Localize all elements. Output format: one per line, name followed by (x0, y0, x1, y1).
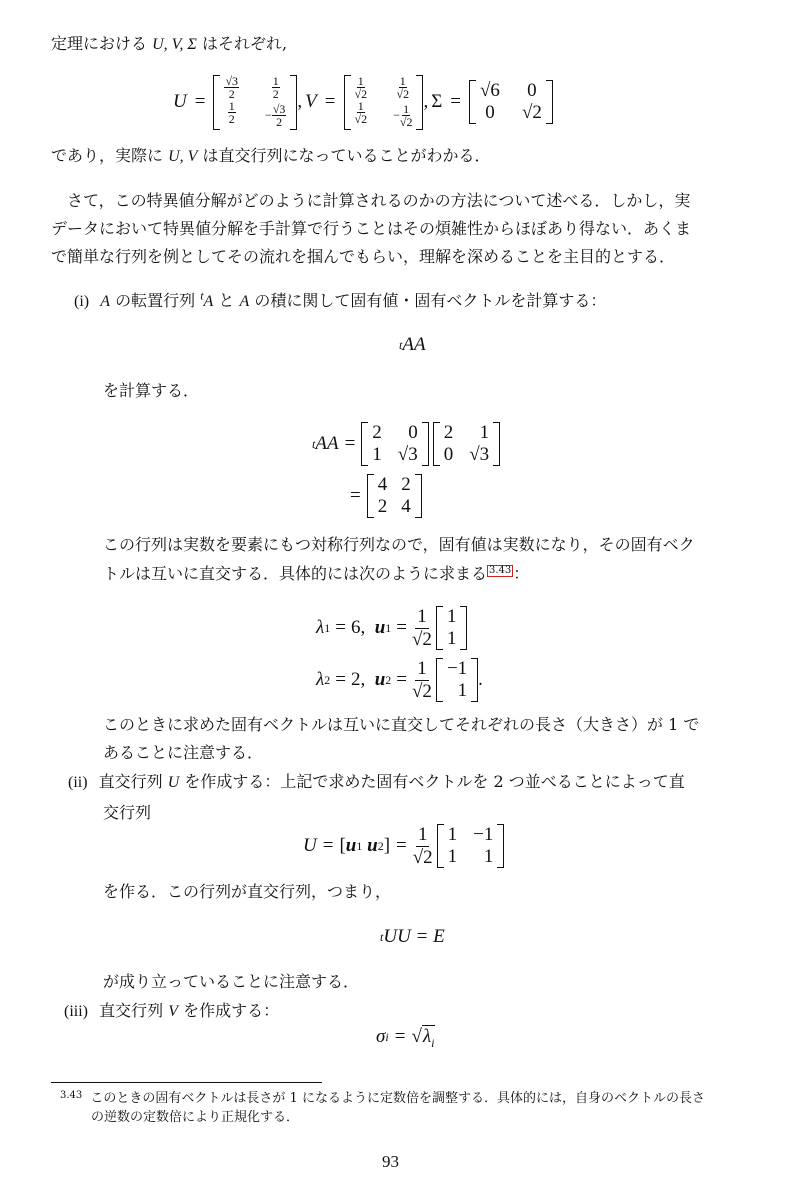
footnote-rule (51, 1082, 322, 1083)
text: を計算する． (103, 383, 199, 399)
cell: −1 (473, 824, 493, 846)
intro-text: 定理における (51, 34, 147, 53)
equals: = (325, 91, 336, 113)
den: √2 (412, 681, 432, 703)
vector: −1 1 (436, 658, 478, 702)
eigen-row-1: λ1 =6, u1 = 1√2 1 1 (316, 604, 467, 652)
cell: 4 (401, 496, 411, 518)
cell: 0 (444, 444, 454, 466)
lhs: AA (315, 433, 338, 455)
product-result: = 4 2 2 4 (350, 472, 422, 520)
cell: 2 (378, 496, 388, 518)
matrix-m1: 2 0 1 √3 (361, 422, 428, 466)
sigma: σ (376, 1026, 385, 1048)
paragraph-line: さて，この特異値分解がどのように計算されるのかの方法について述べる．しかし，実 (67, 193, 690, 209)
text: 交行列 (103, 805, 151, 821)
text: ： (513, 564, 529, 583)
text: と (218, 291, 234, 310)
lambda: λ (316, 669, 324, 691)
matrix-result: 4 2 2 4 (367, 474, 422, 518)
cell: 0 (522, 80, 542, 102)
cell: √6 (480, 80, 500, 102)
cell: 1 (448, 846, 458, 868)
equals: = (450, 91, 461, 113)
text: 直交行列 (99, 1001, 163, 1020)
text: 直交行列 (99, 772, 163, 791)
intro-line: 定理における U, V, Σ はそれぞれ, (51, 36, 287, 53)
expr: AA (402, 334, 425, 356)
u-vec: u (375, 617, 386, 639)
cell: 1 (372, 444, 382, 466)
var: A (204, 293, 214, 310)
u-construction-eq: U=[u1 u2] = 1√2 1 −1 1 1 (303, 822, 504, 870)
u-vec: u (375, 669, 386, 691)
var: A (240, 293, 250, 310)
text: この行列は実数を要素にもつ対称行列なので，固有値は実数になり，その固有ベク (103, 537, 695, 553)
step-iii-heading: (iii) 直交行列 V を作成する： (64, 1003, 279, 1020)
cell: 2 (372, 422, 382, 444)
den: √2 (412, 629, 432, 651)
text: が成り立っていることに注意する． (103, 974, 359, 990)
step-marker: (i) (74, 293, 89, 310)
cell: 2 (401, 474, 411, 496)
text: を作成する： (183, 1001, 279, 1020)
cell: 2 (444, 422, 454, 444)
text: であり，実際に (51, 146, 163, 165)
intro-vars: U, V, Σ (152, 36, 197, 53)
lambda: λ (316, 617, 324, 639)
cell: √2 (522, 102, 542, 124)
cell: −1 (447, 658, 467, 680)
var: U (168, 774, 180, 791)
cell: 1 (447, 628, 457, 650)
equals: = (195, 91, 206, 113)
lambda: λ (423, 1026, 431, 1047)
vars: U, V (168, 148, 197, 165)
text: の積に関して固有値・固有ベクトルを計算する： (254, 291, 606, 310)
step-marker: (iii) (64, 1003, 88, 1020)
sqrt: √λi (411, 1026, 435, 1048)
period: . (478, 669, 483, 691)
vector: 1 1 (436, 606, 468, 650)
matrix-m2: 2 1 0 √3 (433, 422, 500, 466)
v-label: V (305, 91, 317, 113)
text: を作る．この行列が直交行列，つまり， (103, 884, 391, 900)
sigma-display: σi = √λi (376, 1026, 435, 1048)
product-eq: tAA = 2 0 1 √3 2 1 0 √3 (312, 420, 500, 468)
eigen-row-2: λ2 =2, u2 = 1√2 −1 1 . (316, 656, 483, 704)
text: は直交行列になっていることがわかる． (203, 146, 491, 165)
footnote-mark: 3.43 (60, 1090, 82, 1101)
text: トルは互いに直交する．具体的には次のように求まる (103, 564, 487, 583)
value: 2 (351, 669, 361, 691)
num: 1 (416, 824, 430, 847)
cell: 1 (473, 846, 493, 868)
text: あることに注意する． (103, 745, 263, 761)
idx: i (431, 1036, 434, 1050)
step-i-heading: (i) A の転置行列 tA と A の積に関して固有値・固有ベクトルを計算する… (74, 293, 606, 310)
paragraph-line: で簡単な行列を例としてその流れを掴んでもらい，理解を深めることを主目的とする． (51, 249, 675, 265)
text-with-fnref: トルは互いに直交する．具体的には次のように求まる3.43： (103, 565, 529, 582)
step-marker: (ii) (68, 774, 88, 791)
intro-conclusion: であり，実際に U, V は直交行列になっていることがわかる． (51, 148, 491, 165)
equals: = (395, 1026, 406, 1048)
text: の転置行列 (115, 291, 195, 310)
comma: , (297, 91, 302, 113)
num: 1 (415, 658, 429, 681)
cell: 1 (447, 606, 457, 628)
var: A (100, 293, 110, 310)
u-matrix: √32 12 12 −√32 (213, 75, 297, 130)
cell: 1 (469, 422, 489, 444)
footnote-ref-link[interactable]: 3.43 (487, 565, 513, 577)
value: 6 (351, 617, 361, 639)
display-tUU: tUU = E (380, 926, 445, 948)
sigma-label: Σ (431, 91, 442, 113)
display-tAA: tAA (399, 334, 426, 356)
num: 1 (415, 606, 429, 629)
text: このときの固有ベクトルは長さが 1 になるように定数倍を調整する．具体的には，自… (90, 1091, 705, 1106)
footnote-line-2: の逆数の定数倍により正規化する． (91, 1108, 299, 1128)
cell: √3 (398, 444, 418, 466)
paragraph-line: データにおいて特異値分解を手計算で行うことはその煩雑性からほぼあり得ない．あくま (51, 221, 691, 237)
sigma-matrix: √6 0 0 √2 (469, 80, 553, 124)
comma: , (423, 91, 428, 113)
cell: 1 (447, 680, 467, 702)
u-label: U (173, 91, 187, 113)
den: √2 (413, 847, 433, 869)
var: V (168, 1003, 178, 1020)
cell: 0 (480, 102, 500, 124)
cell: √3 (469, 444, 489, 466)
cell: 0 (398, 422, 418, 444)
v-matrix: 1√2 1√2 1√2 −1√2 (344, 75, 424, 130)
expr: UU = E (383, 926, 444, 948)
cell: 4 (378, 474, 388, 496)
usv-matrices: U = √32 12 12 −√32 , V = 1√2 1√2 1√2 −1√… (173, 70, 553, 134)
u-matrix-ii: 1 −1 1 1 (437, 824, 505, 868)
intro-tail: はそれぞれ, (202, 34, 287, 53)
text: を作成する：上記で求めた固有ベクトルを 2 つ並べることによって直 (184, 772, 684, 791)
text: このときに求めた固有ベクトルは互いに直交してそれぞれの長さ（大きさ）が 1 で (103, 717, 699, 733)
step-ii-heading: (ii) 直交行列 U を作成する：上記で求めた固有ベクトルを 2 つ並べること… (68, 774, 685, 791)
footnote-line-1: 3.43 このときの固有ベクトルは長さが 1 になるように定数倍を調整する．具体… (60, 1086, 705, 1109)
cell: 1 (448, 824, 458, 846)
page-number: 93 (382, 1152, 399, 1172)
